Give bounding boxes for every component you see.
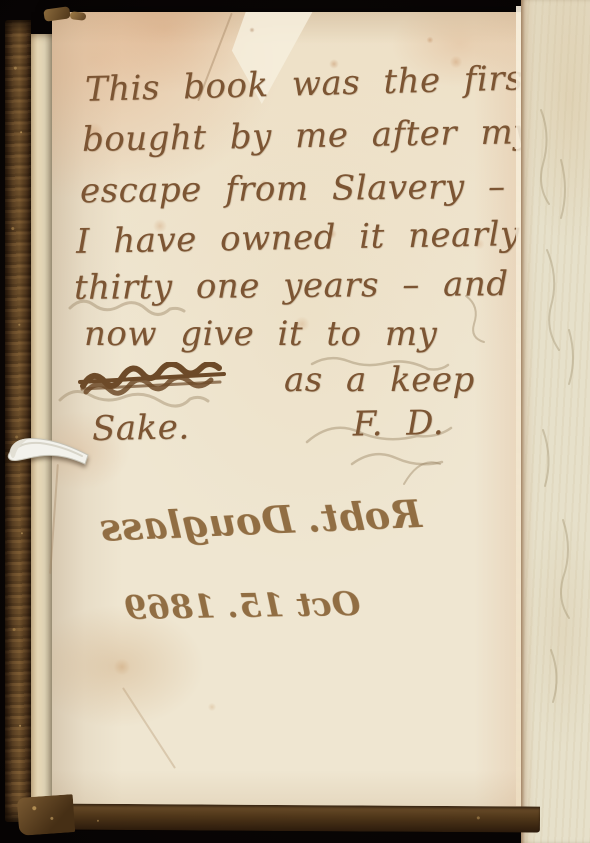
- inscription-line: I have owned it nearly: [76, 214, 520, 262]
- inscription-line: This book was the first: [85, 58, 538, 110]
- inscription-line: bought by me after my: [82, 112, 534, 160]
- offset-signature-date: Oct 15. 1869: [124, 584, 361, 627]
- flyleaf-page: This book was the first bought by me aft…: [52, 12, 521, 810]
- photo-backdrop: This book was the first bought by me aft…: [0, 0, 590, 843]
- handwritten-inscription: This book was the first bought by me aft…: [52, 12, 521, 810]
- ribbon-bookmark: [2, 430, 96, 478]
- struck-out-word-scribble: [78, 362, 228, 398]
- facing-page-ghost-writing: [521, 0, 590, 843]
- top-left-leather-fragment: [70, 11, 87, 21]
- facing-page-edge: [521, 0, 590, 843]
- inscription-line-fragment: as a keep: [284, 360, 475, 400]
- inscription-line: as a keep: [78, 360, 475, 400]
- inscription-line: now give it to my: [84, 314, 437, 354]
- inscription-line: Sake. F. D.: [92, 403, 445, 449]
- bottom-cover-edge: [26, 803, 540, 832]
- bottom-left-leather-corner: [17, 794, 76, 836]
- offset-signature-name: Robt. Douglass: [99, 491, 423, 550]
- under-page-edge: [31, 34, 53, 810]
- inscription-line: escape from Slavery –: [80, 167, 506, 211]
- inscription-line: thirty one years – and: [74, 264, 509, 308]
- book-spine-leather: [5, 20, 31, 822]
